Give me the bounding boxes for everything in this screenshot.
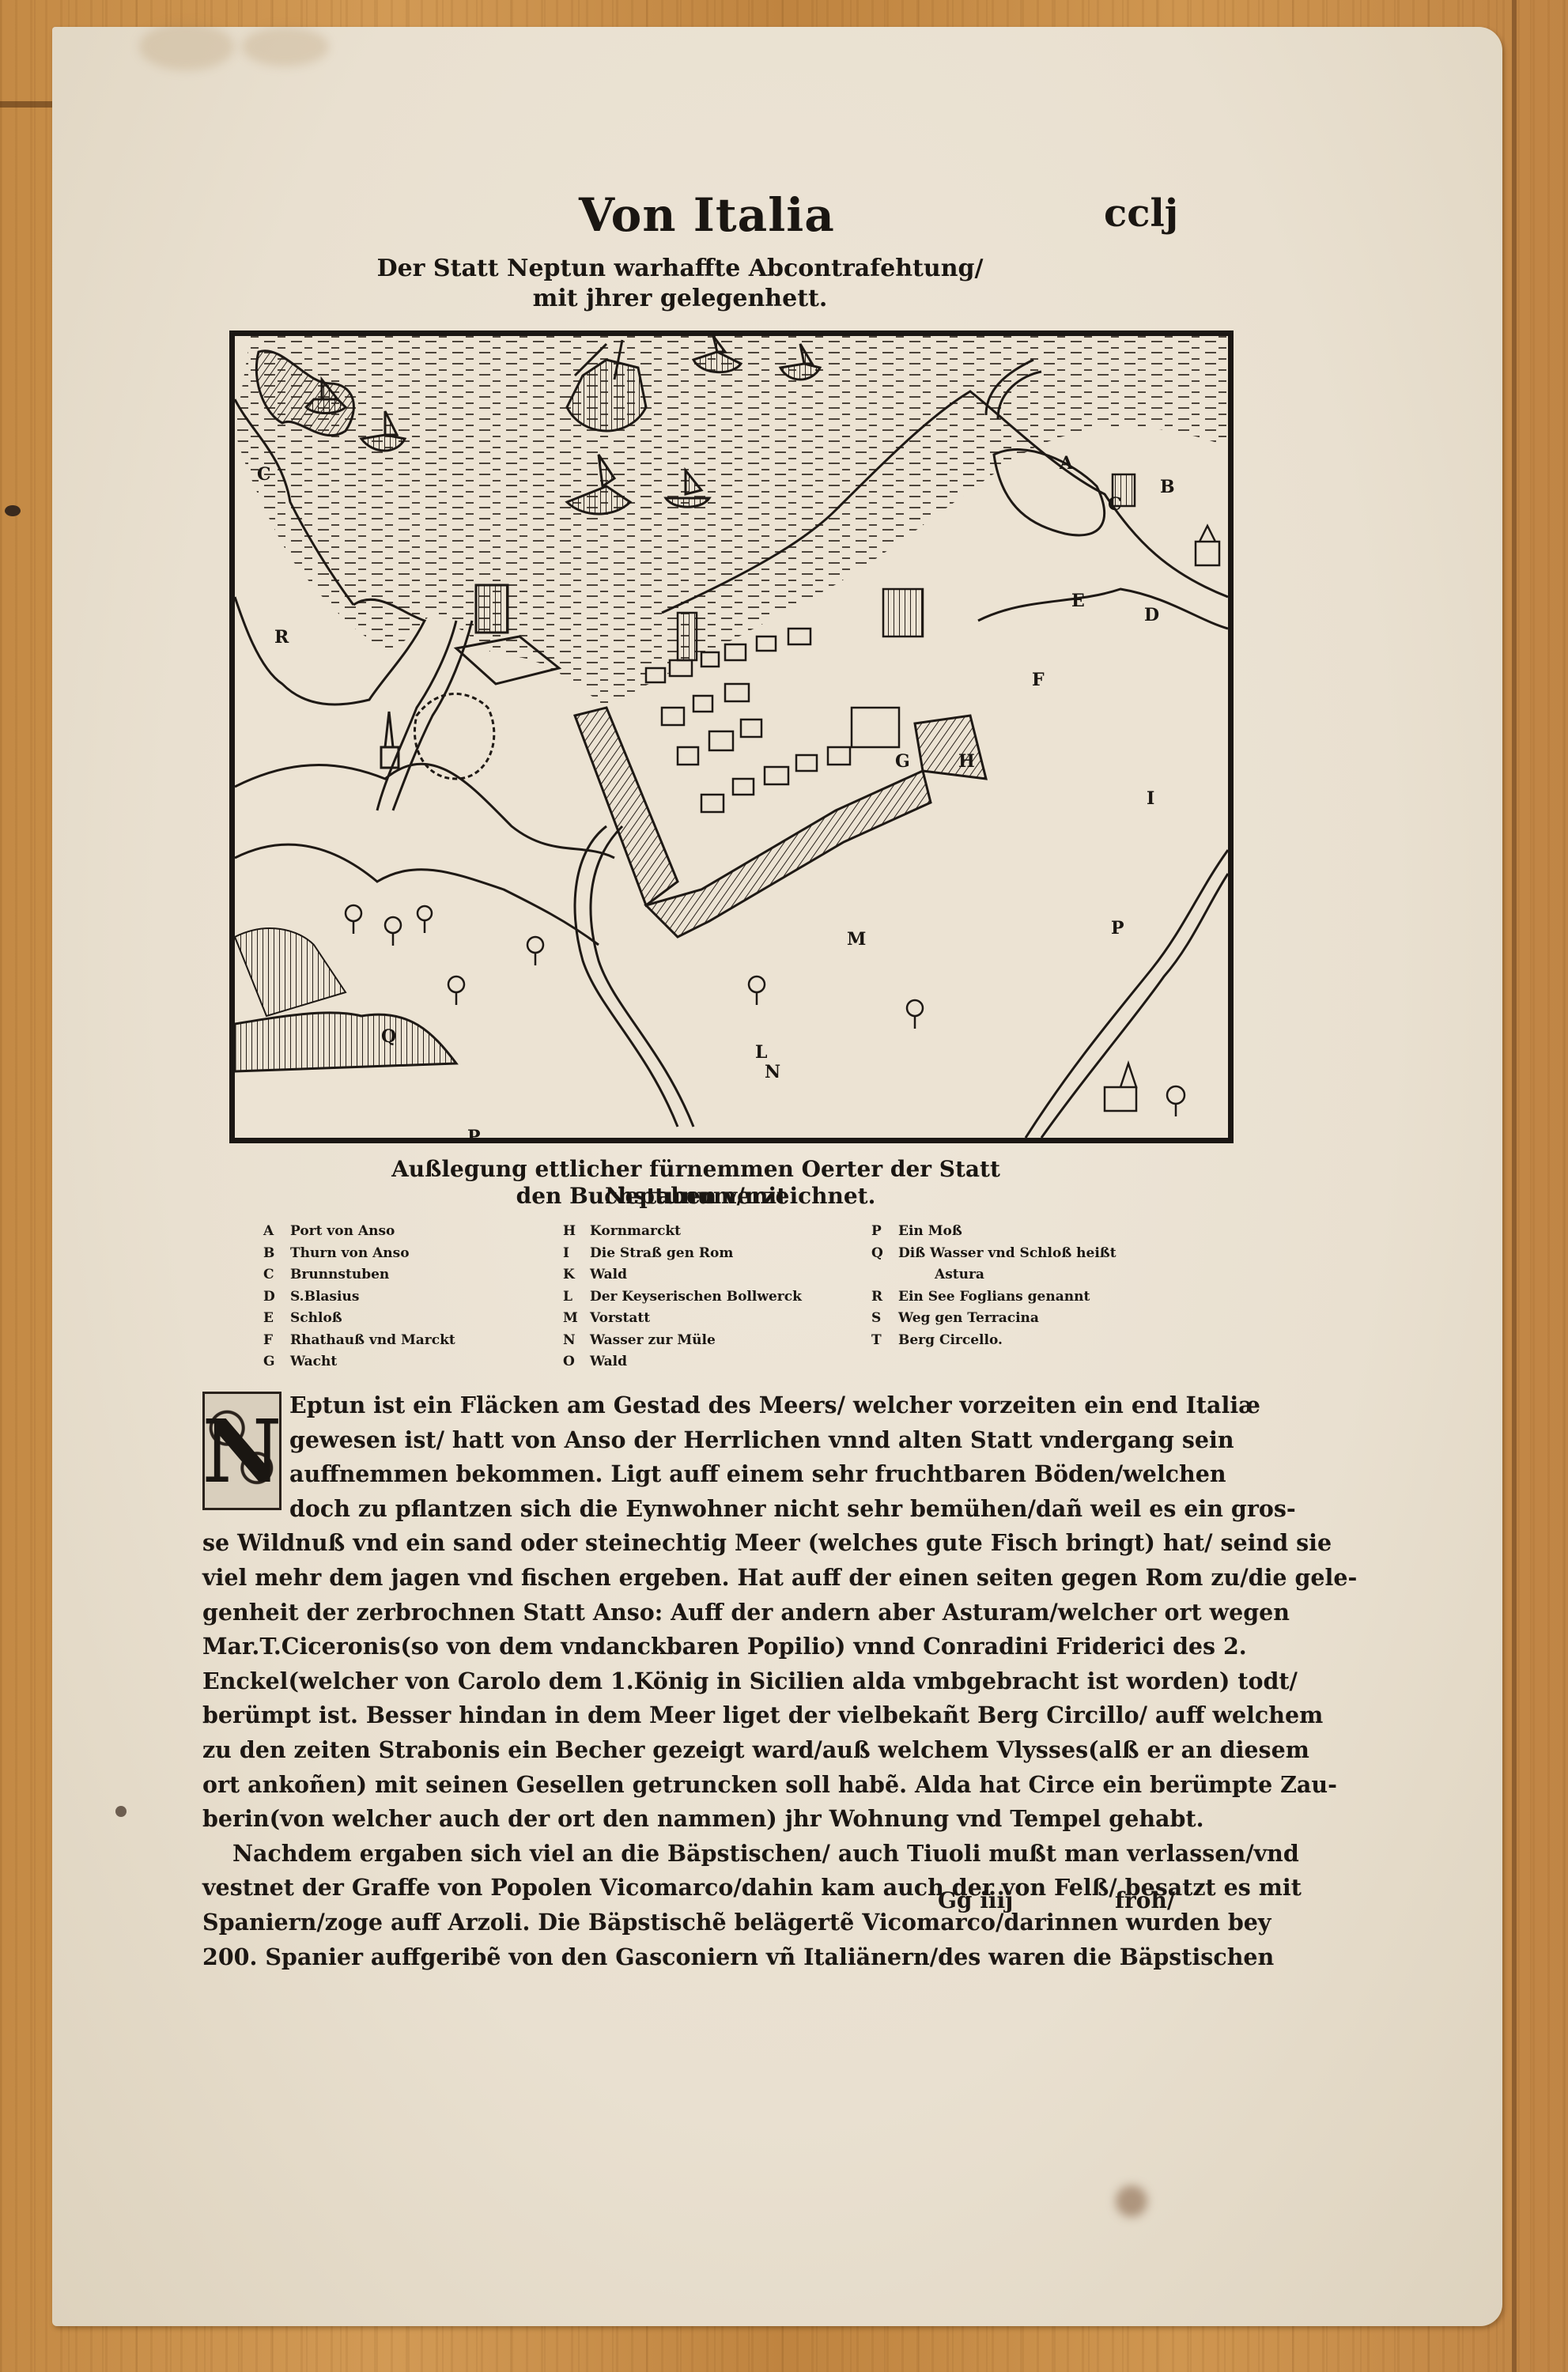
body-line: Enckel(welcher von Carolo dem 1.König in… xyxy=(202,1664,1167,1699)
paper-stain xyxy=(1116,2185,1147,2217)
worm-hole xyxy=(5,505,21,516)
signature-mark: Gg iiij xyxy=(938,1887,1013,1913)
running-head: Von Italia xyxy=(579,188,835,242)
body-line: berümpt ist. Besser hindan in dem Meer l… xyxy=(202,1698,1167,1733)
legend-item: CBrunnstuben xyxy=(263,1264,455,1286)
worm-hole xyxy=(115,1806,127,1817)
legend-column-2: HKornmarckt IDie Straß gen Rom KWald LDe… xyxy=(563,1221,802,1373)
folio-number: cclj xyxy=(1104,191,1178,236)
map-marker-r: R xyxy=(274,627,289,648)
body-line: auffnemmen bekommen. Ligt auff einem seh… xyxy=(202,1457,1167,1492)
legend-item: DS.Blasius xyxy=(263,1286,455,1309)
map-marker-n: N xyxy=(765,1062,780,1082)
body-line: doch zu pflantzen sich die Eynwohner nic… xyxy=(202,1492,1167,1527)
table-plank-seam xyxy=(1512,0,1517,2372)
map-marker-c: C xyxy=(257,464,271,485)
legend-item: NWasser zur Müle xyxy=(563,1330,802,1352)
legend-item: SWeg gen Terracina xyxy=(871,1308,1116,1330)
body-text: Eptun ist ein Fläcken am Gestad des Meer… xyxy=(202,1388,1167,1974)
map-marker-f: F xyxy=(1032,670,1045,690)
legend-item: HKornmarckt xyxy=(563,1221,802,1243)
map-marker-a: A xyxy=(1060,453,1073,474)
body-line: viel mehr dem jagen vnd fischen ergeben.… xyxy=(202,1561,1167,1596)
map-marker-h: H xyxy=(958,751,975,772)
body-line: Spaniern/zoge auff Arzoli. Die Bäpstisch… xyxy=(202,1906,1167,1940)
body-line: Nachdem ergaben sich viel an die Bäpstis… xyxy=(202,1837,1167,1872)
body-line: Eptun ist ein Fläcken am Gestad des Meer… xyxy=(202,1388,1167,1423)
map-marker-m: M xyxy=(847,929,866,950)
catchword: froh/ xyxy=(1115,1887,1175,1913)
legend-item: LDer Keyserischen Bollwerck xyxy=(563,1286,802,1309)
legend-column-3: PEin Moß QDiß Wasser vnd Schloß heißt As… xyxy=(871,1221,1116,1351)
legend-item-continuation: Astura xyxy=(871,1264,1116,1286)
map-marker-c: C xyxy=(1108,494,1122,515)
title-line-1: Der Statt Neptun warhaffte Abcontrafehtu… xyxy=(316,253,1044,285)
body-line: 200. Spanier auffgeribẽ von den Gasconie… xyxy=(202,1940,1167,1975)
map-marker-i: I xyxy=(1147,788,1154,809)
legend-caption-line-2: den Buchstaben verzeichnet. xyxy=(316,1183,1075,1210)
map-marker-e: E xyxy=(1071,591,1085,611)
body-line: genheit der zerbrochnen Statt Anso: Auff… xyxy=(202,1596,1167,1630)
legend-item: FRhathauß vnd Marckt xyxy=(263,1330,455,1352)
paper-stain xyxy=(242,27,329,66)
legend-item: OWald xyxy=(563,1351,802,1373)
body-line: ort ankoñen) mit seinen Gesellen getrunc… xyxy=(202,1768,1167,1803)
map-marker-d: D xyxy=(1144,605,1159,625)
legend-item: IDie Straß gen Rom xyxy=(563,1243,802,1265)
map-marker-b: B xyxy=(1160,477,1175,497)
paper-stain xyxy=(139,23,234,70)
map-marker-p: P xyxy=(1111,918,1124,939)
table-plank-seam xyxy=(0,101,52,108)
map-marker-g: G xyxy=(895,751,910,772)
legend-item: ESchloß xyxy=(263,1308,455,1330)
body-line: berin(von welcher auch der ort den namme… xyxy=(202,1802,1167,1837)
body-line: gewesen ist/ hatt von Anso der Herrliche… xyxy=(202,1423,1167,1458)
woodcut-map: A B C C D E F G H I L M N O P P Q R xyxy=(229,330,1234,1143)
map-marker-p: P xyxy=(467,1127,481,1143)
legend-item: REin See Foglians genannt xyxy=(871,1286,1116,1309)
legend-item: MVorstatt xyxy=(563,1308,802,1330)
map-marker-l: L xyxy=(755,1042,767,1063)
legend-item: TBerg Circello. xyxy=(871,1330,1116,1352)
map-marker-q: Q xyxy=(381,1026,396,1047)
legend-item: APort von Anso xyxy=(263,1221,455,1243)
legend-item: BThurn von Anso xyxy=(263,1243,455,1265)
legend-item: GWacht xyxy=(263,1351,455,1373)
body-line: zu den zeiten Strabonis ein Becher gezei… xyxy=(202,1733,1167,1768)
body-line: vestnet der Graffe von Popolen Vicomarco… xyxy=(202,1871,1167,1906)
legend-column-1: APort von Anso BThurn von Anso CBrunnstu… xyxy=(263,1221,455,1373)
body-line: Mar.T.Ciceronis(so von dem vndanckbaren … xyxy=(202,1630,1167,1664)
body-line: se Wildnuß vnd ein sand oder steinechtig… xyxy=(202,1526,1167,1561)
legend-item: PEin Moß xyxy=(871,1221,1116,1243)
woodcut-map-illustration xyxy=(235,336,1228,1138)
title-line-2: mit jhrer gelegenhett. xyxy=(316,283,1044,315)
legend-item: QDiß Wasser vnd Schloß heißt xyxy=(871,1243,1116,1265)
legend-item: KWald xyxy=(563,1264,802,1286)
